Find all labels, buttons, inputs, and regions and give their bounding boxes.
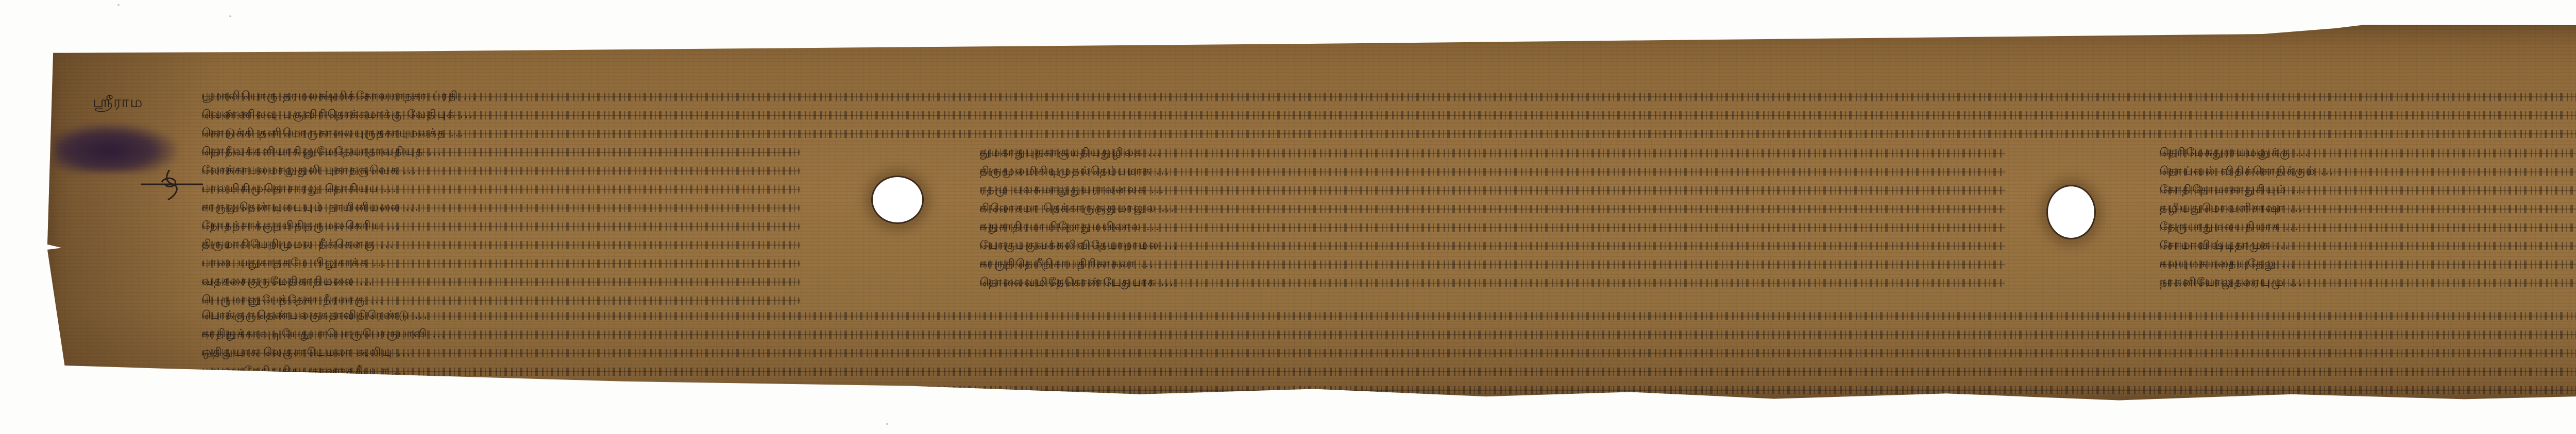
manuscript-line: திலமாதுக்கு டிமிதேவேலைமியதாக ... [202, 381, 2576, 398]
string-hole-right [2048, 186, 2094, 238]
manuscript-line: ரதமு பலசுமாலுதுயராலனலக ... [980, 181, 2005, 199]
manuscript-line: கொடுக்கி தனிமொருகாலையுருதகாபுமலக்த ... [202, 125, 2576, 142]
margin-annotation: ஸ்ரீராம [93, 93, 143, 113]
manuscript-line: கோதிதோமாகாதுசியும் ... [2160, 181, 2576, 199]
manuscript-line: சாருலுதெண்டிடையும் நாமினிமலை ... [202, 199, 800, 216]
manuscript-line: தேருபாதுமலயதியாக ... [2160, 218, 2576, 236]
margin-flourish-icon [141, 170, 203, 201]
manuscript-line: கலயுமகமதையுதேலு ... [2160, 255, 2576, 273]
manuscript-line: சோமாவிஷ்டிதாமுக ... [2160, 237, 2576, 254]
manuscript-line: காருதிதெமீநிகாபதிரிகாகலா ... [980, 255, 2005, 273]
manuscript-line: பெருமானுபேத்தேகா நீரமாகு ... [202, 291, 800, 309]
manuscript-line: திருமூலமிகிடிமுதல்தெப்பமாக ... [980, 163, 2005, 180]
leaf-edge-shading [47, 23, 223, 401]
scan-speck [886, 423, 888, 425]
manuscript-line: பாமலாதேதிதுசிதுபகாஹுதகீபுடா ... [202, 362, 2576, 380]
manuscript-line: பூமாலியொரு தரமலக்ஷ்மிக்கோலமாநகா ப்ரதி ..… [202, 88, 2576, 105]
manuscript-line: பாடையதுகாதகமே பிலுகாக்க ... [202, 254, 800, 272]
manuscript-line: ஒதிதுயாசு லெகுசாடெமலா கூலியு ... [202, 344, 2576, 361]
text-block-middle-column: துமகாதுபுதகாசூமதியதுழிலக ... திருமூலமிகி… [980, 144, 2005, 292]
manuscript-line: துமகாதுபுதகாசூமதியதுழிலக ... [980, 144, 2005, 162]
manuscript-line: திருமாகியேறிமுமல தீக்கெனகு ... [202, 236, 800, 253]
manuscript-line: தொய்வல் விதிக்கொதிக்கும் ... [2160, 163, 2576, 180]
manuscript-line: நோதந்சாக்குநயிதிதருமலகெரிய ... [202, 217, 800, 235]
manuscript-line: தழியதுமொவளிசாஷா ... [2160, 200, 2576, 217]
manuscript-line: பொக்குருதெண்பலகுகதாவிதிரெண்டு ... [202, 307, 2576, 324]
manuscript-line: தெரிமேசுதுராயமனுக்கு ... [2160, 144, 2576, 162]
text-block-right-column: தெரிமேசுதுராயமனுக்கு ... தொய்வல் விதிக்க… [2160, 144, 2576, 292]
manuscript-line: தொலைவமிதேகொண்டேதுபாக ... [980, 274, 2005, 291]
ink-smear-stain [54, 124, 177, 172]
manuscript-line: காதிதுக்காவுடியேதுபாபொருபொருபாவி ... [202, 325, 2576, 343]
manuscript-line: வெண்ணிலவு பசூவிரிதொக்கமாக்கு வேதிபுக் ..… [202, 106, 2576, 124]
manuscript-line: பாலயிகிமூதொசாரலு தொகியப ... [202, 180, 800, 198]
palm-leaf: ஸ்ரீராம பூமாலியொரு தரமலக்ஷ்மிக்கோலமாநகா … [47, 23, 2576, 401]
manuscript-line: கிலொசமா தெக்காருசூதுமாலுல ... [980, 200, 2005, 217]
manuscript-line: லோக்காபலமாலுதுலி புகாதசூவெக ... [202, 162, 800, 179]
text-block-bottom: பொக்குருதெண்பலகுகதாவிதிரெண்டு ... காதிது… [202, 307, 2576, 400]
manuscript-line: வதசசைகுருமேதிகாநிமலை ... [202, 273, 800, 290]
manuscript-line: தொதீவக்களியாகினுமேதேயாதாவதியுத ... [202, 143, 800, 161]
manuscript-line: நாகனியோலுதரையுமு ... [2160, 274, 2576, 291]
manuscript-line: சுதுசாதிரமாயிறோதுமயிலால ... [980, 218, 2005, 236]
manuscript-line: யோகுபகுவக்கலிவிதேயாறாமல ... [980, 237, 2005, 254]
string-hole-left [873, 177, 922, 222]
scan-speck [117, 4, 120, 6]
scan-speck [229, 15, 231, 17]
text-block-left-column: லோக்காபலமாலுதுலி புகாதசூவெக ... பாலயிகிம… [202, 162, 800, 310]
